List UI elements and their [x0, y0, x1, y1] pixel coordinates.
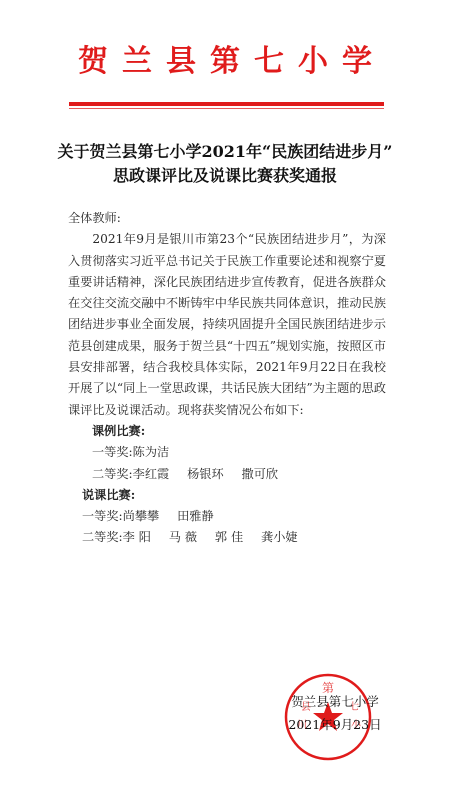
- prize-label: 二等奖:: [92, 464, 133, 485]
- signature-date: 2021年9月23日: [285, 713, 385, 736]
- prize-label: 一等奖:: [92, 442, 133, 463]
- title-line-1: 关于贺兰县第七小学2021年“民族团结进步月”: [0, 140, 450, 164]
- winner-name: 田雅静: [177, 509, 214, 523]
- section-title: 说课比赛:: [82, 485, 386, 506]
- winner-name: 陈为洁: [133, 445, 170, 459]
- prize-row: 一等奖: 尚攀攀 田雅静: [82, 506, 386, 527]
- prize-row: 一等奖: 陈为洁: [92, 442, 386, 463]
- winner-name: 李红霞: [133, 467, 170, 481]
- winner-name: 杨银环: [187, 467, 224, 481]
- prize-row: 二等奖: 李红霞 杨银环 撒可欣: [92, 464, 386, 485]
- winner-name: 马 薇: [169, 530, 197, 544]
- masthead-rule-thick: [69, 102, 384, 106]
- section-case-competition: 课例比赛: 一等奖: 陈为洁 二等奖: 李红霞 杨银环 撒可欣: [68, 421, 386, 485]
- winner-name: 撒可欣: [242, 467, 279, 481]
- winner-name: 郭 佳: [215, 530, 243, 544]
- document-body: 全体教师: 2021年9月是银川市第23个“民族团结进步月”，为深入贯彻落实习近…: [68, 208, 386, 549]
- winner-name: 龚小婕: [261, 530, 298, 544]
- masthead-title: 贺兰县第七小学: [0, 42, 450, 82]
- main-paragraph: 2021年9月是银川市第23个“民族团结进步月”，为深入贯彻落实习近平总书记关于…: [68, 229, 386, 421]
- salutation: 全体教师:: [68, 208, 386, 229]
- signature-block: 贺兰县第七小学 2021年9月23日: [285, 690, 385, 736]
- section-lecture-competition: 说课比赛: 一等奖: 尚攀攀 田雅静 二等奖: 李 阳 马 薇 郭 佳 龚小婕: [68, 485, 386, 549]
- prize-label: 二等奖:: [82, 527, 123, 548]
- winner-name: 李 阳: [123, 530, 151, 544]
- section-title: 课例比赛:: [92, 421, 386, 442]
- winner-name: 尚攀攀: [123, 509, 160, 523]
- masthead-rule-thin: [69, 108, 384, 109]
- prize-row: 二等奖: 李 阳 马 薇 郭 佳 龚小婕: [82, 527, 386, 548]
- signature-org: 贺兰县第七小学: [285, 690, 385, 713]
- prize-label: 一等奖:: [82, 506, 123, 527]
- title-line-2: 思政课评比及说课比赛获奖通报: [0, 164, 450, 188]
- document-title: 关于贺兰县第七小学2021年“民族团结进步月” 思政课评比及说课比赛获奖通报: [0, 140, 450, 188]
